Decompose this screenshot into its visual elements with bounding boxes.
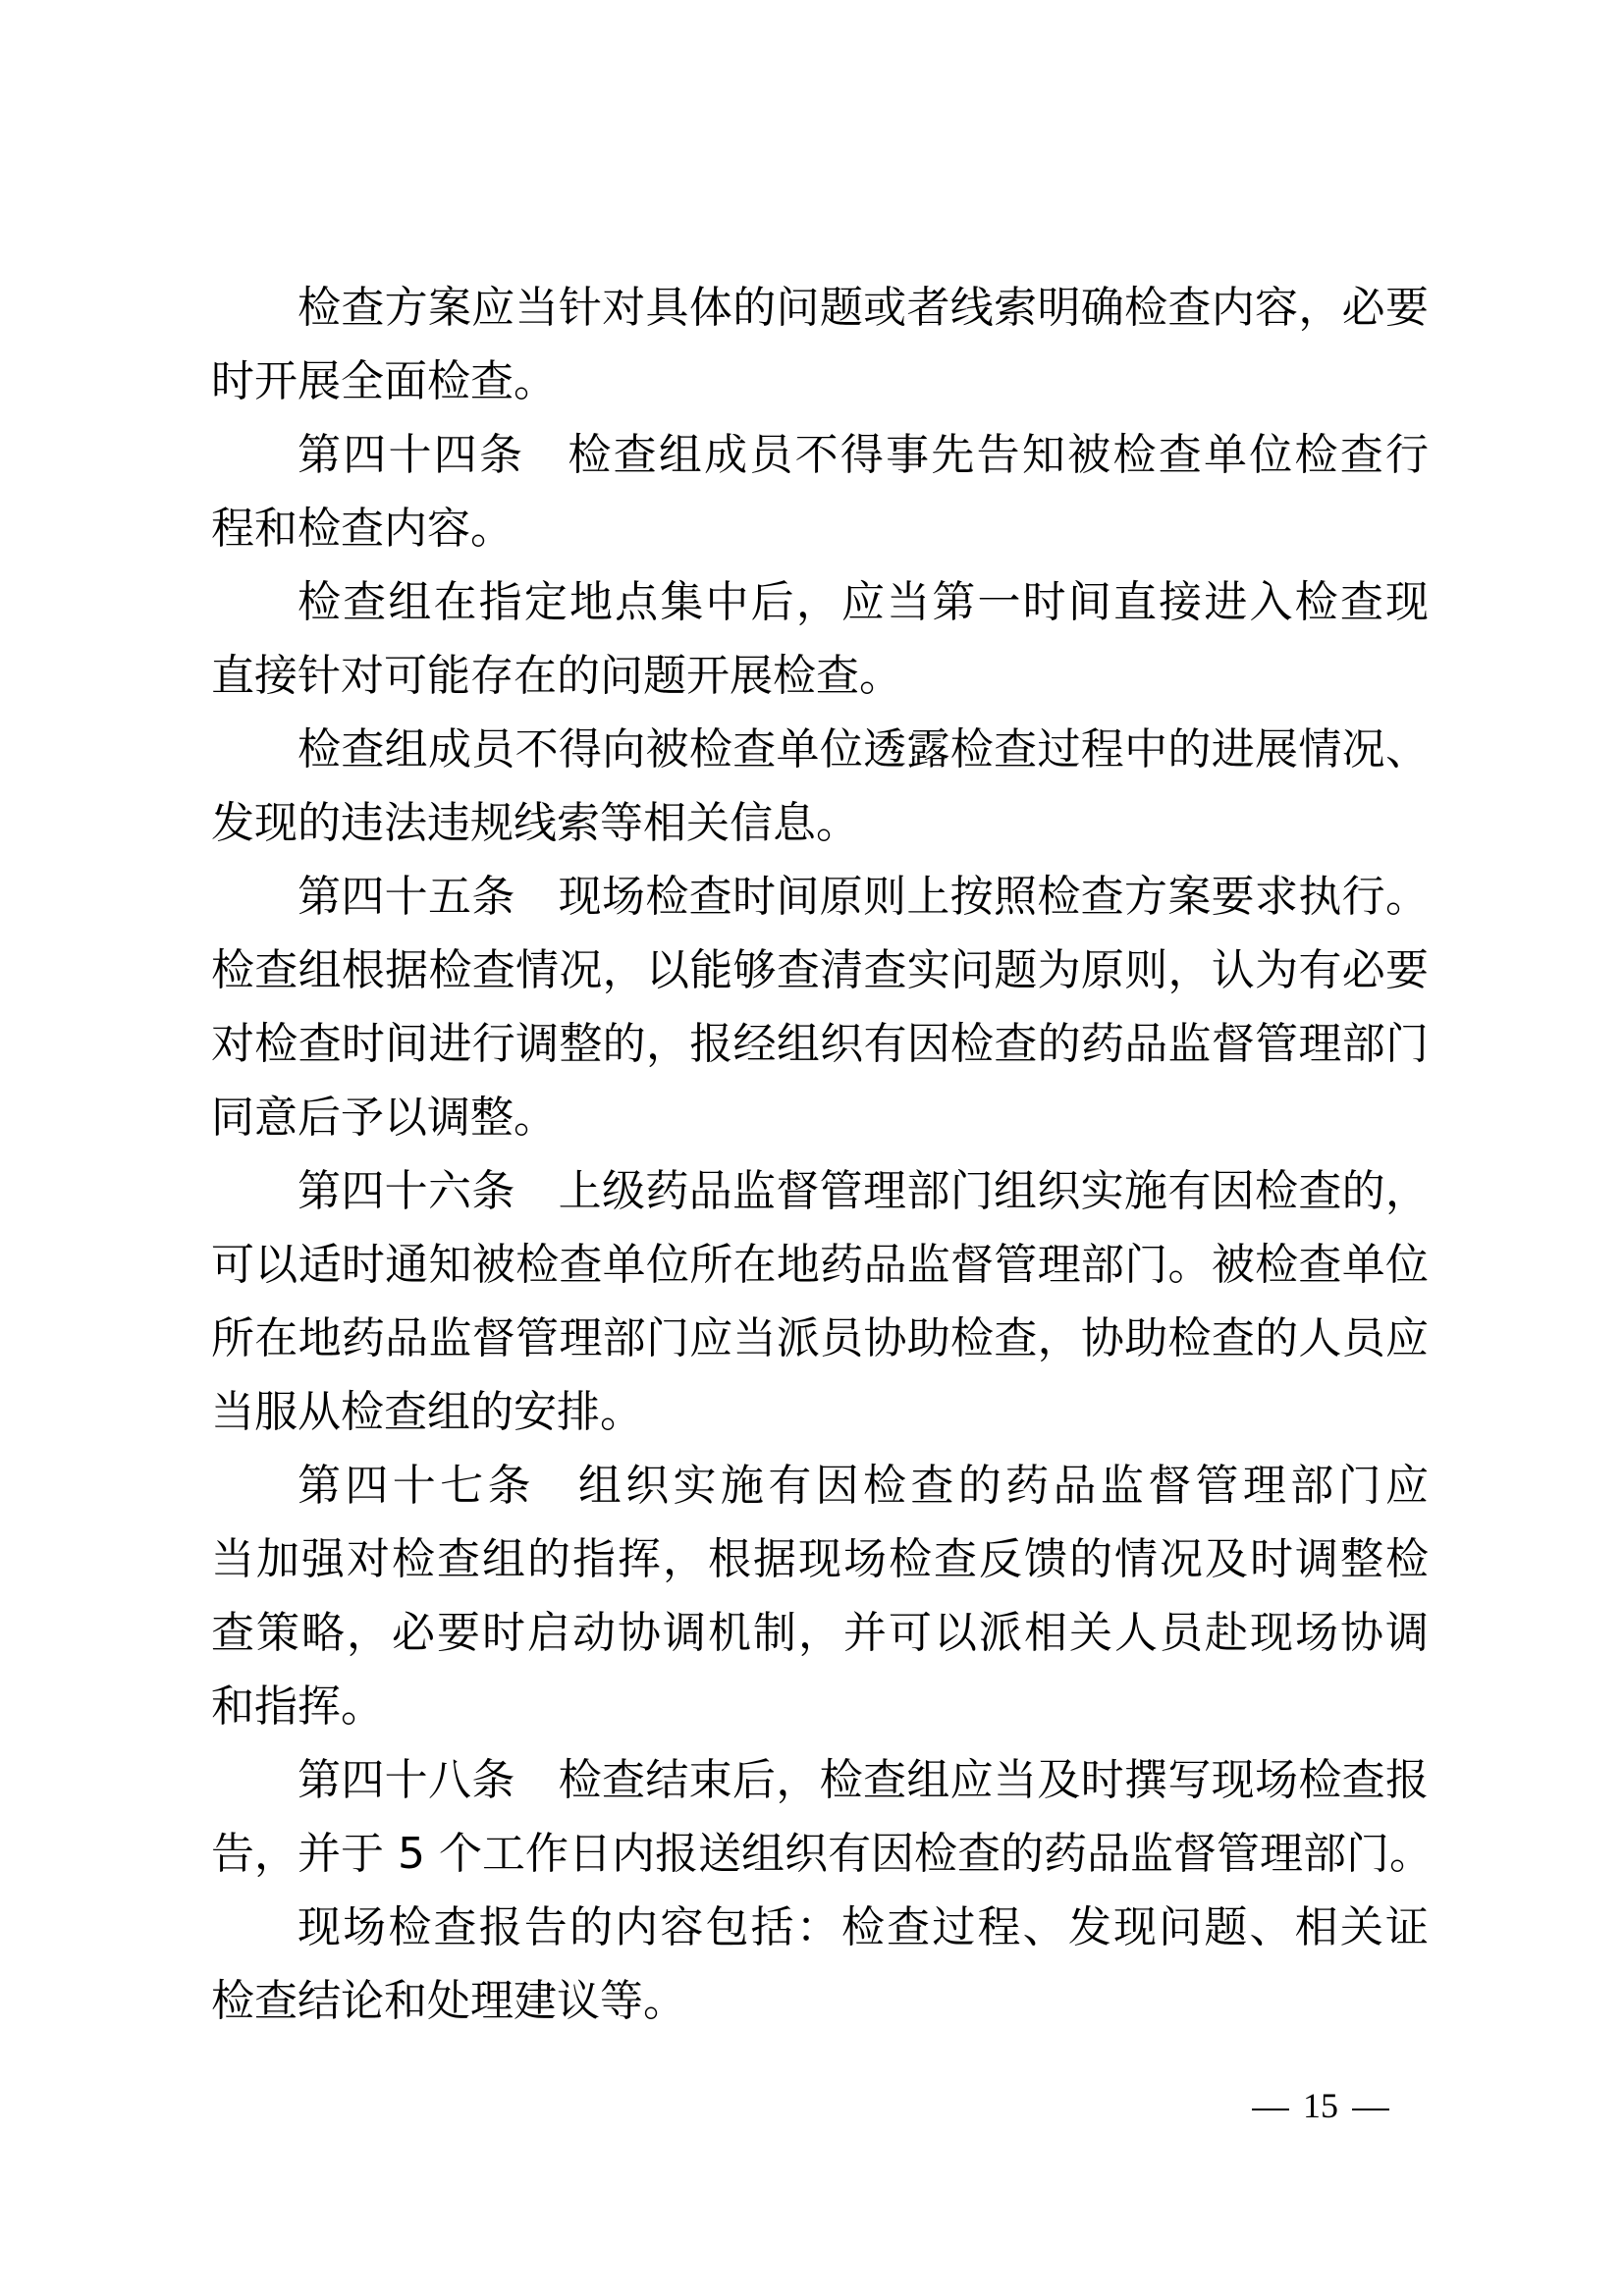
- article-46: 第四十六条上级药品监督管理部门组织实施有因检查的， 可以适时通知被检查单位所在地…: [211, 1154, 1429, 1449]
- text-line: 检查组在指定地点集中后，应当第一时间直接进入检查现场，: [211, 565, 1429, 639]
- line-text: 同意后予以调整。: [211, 1093, 557, 1143]
- paragraph: 现场检查报告的内容包括：检查过程、发现问题、相关证据、 检查结论和处理建议等。: [211, 1891, 1429, 2038]
- line-text: 现场检查时间原则上按照检查方案要求执行。: [559, 872, 1429, 922]
- line-text: 和指挥。: [211, 1682, 384, 1732]
- paragraph: 检查方案应当针对具体的问题或者线索明确检查内容，必要 时开展全面检查。: [211, 271, 1429, 418]
- line-text: 直接针对可能存在的问题开展检查。: [211, 651, 902, 701]
- line-text: 检查方案应当针对具体的问题或者线索明确检查内容，必要: [298, 283, 1429, 333]
- line-text: 发现的违法违规线索等相关信息。: [211, 798, 859, 848]
- line-text: 所在地药品监督管理部门应当派员协助检查，协助检查的人员应: [211, 1313, 1429, 1363]
- article-48: 第四十八条检查结束后，检查组应当及时撰写现场检查报 告，并于 5 个工作日内报送…: [211, 1743, 1429, 1891]
- text-line: 程和检查内容。: [211, 492, 1429, 565]
- text-line: 所在地药品监督管理部门应当派员协助检查，协助检查的人员应: [211, 1302, 1429, 1375]
- text-line: 同意后予以调整。: [211, 1081, 1429, 1154]
- text-line: 检查结论和处理建议等。: [211, 1964, 1429, 2038]
- line-text: 检查组在指定地点集中后，应当第一时间直接进入检查现场，: [298, 577, 1429, 639]
- line-text: 上级药品监督管理部门组织实施有因检查的，: [559, 1166, 1429, 1216]
- text-line: 第四十六条上级药品监督管理部门组织实施有因检查的，: [211, 1154, 1429, 1228]
- text-line: 发现的违法违规线索等相关信息。: [211, 786, 1429, 860]
- dash-right: [1352, 2109, 1389, 2110]
- line-text: 可以适时通知被检查单位所在地药品监督管理部门。被检查单位: [211, 1240, 1429, 1290]
- line-text: 检查组根据检查情况，以能够查清查实问题为原则，认为有必要: [211, 945, 1429, 995]
- text-line: 现场检查报告的内容包括：检查过程、发现问题、相关证据、: [211, 1891, 1429, 1964]
- text-line: 直接针对可能存在的问题开展检查。: [211, 639, 1429, 713]
- text-line: 时开展全面检查。: [211, 345, 1429, 418]
- text-line: 第四十七条组织实施有因检查的药品监督管理部门应: [211, 1449, 1429, 1522]
- paragraph: 检查组成员不得向被检查单位透露检查过程中的进展情况、 发现的违法违规线索等相关信…: [211, 713, 1429, 860]
- line-text: 对检查时间进行调整的，报经组织有因检查的药品监督管理部门: [211, 1019, 1429, 1069]
- text-line: 当加强对检查组的指挥，根据现场检查反馈的情况及时调整检: [211, 1522, 1429, 1596]
- line-text: 告，并于 5 个工作日内报送组织有因检查的药品监督管理部门。: [211, 1829, 1433, 1879]
- dash-left: [1252, 2109, 1289, 2110]
- line-text: 检查结论和处理建议等。: [211, 1976, 686, 2026]
- article-number: 第四十五条: [298, 872, 515, 922]
- document-body: 检查方案应当针对具体的问题或者线索明确检查内容，必要 时开展全面检查。 第四十四…: [211, 271, 1429, 2038]
- text-line: 第四十八条检查结束后，检查组应当及时撰写现场检查报: [211, 1743, 1429, 1817]
- page-number: 15: [1237, 2081, 1404, 2130]
- text-line: 查策略，必要时启动协调机制，并可以派相关人员赴现场协调: [211, 1596, 1429, 1670]
- article-44: 第四十四条检查组成员不得事先告知被检查单位检查行 程和检查内容。: [211, 418, 1429, 565]
- line-text: 当服从检查组的安排。: [211, 1387, 643, 1437]
- line-text: 现场检查报告的内容包括：检查过程、发现问题、相关证据、: [298, 1902, 1429, 1964]
- text-line: 第四十五条现场检查时间原则上按照检查方案要求执行。: [211, 860, 1429, 934]
- line-text: 检查组成员不得向被检查单位透露检查过程中的进展情况、: [298, 724, 1429, 774]
- text-line: 检查方案应当针对具体的问题或者线索明确检查内容，必要: [211, 271, 1429, 345]
- text-line: 可以适时通知被检查单位所在地药品监督管理部门。被检查单位: [211, 1228, 1429, 1302]
- line-text: 当加强对检查组的指挥，根据现场检查反馈的情况及时调整检: [211, 1534, 1429, 1584]
- line-text: 查策略，必要时启动协调机制，并可以派相关人员赴现场协调: [211, 1608, 1429, 1658]
- line-text: 检查结束后，检查组应当及时撰写现场检查报: [559, 1755, 1429, 1805]
- page-number-value: 15: [1303, 2086, 1338, 2125]
- text-line: 对检查时间进行调整的，报经组织有因检查的药品监督管理部门: [211, 1007, 1429, 1081]
- text-line: 告，并于 5 个工作日内报送组织有因检查的药品监督管理部门。: [211, 1817, 1429, 1891]
- text-line: 当服从检查组的安排。: [211, 1375, 1429, 1449]
- text-line: 检查组成员不得向被检查单位透露检查过程中的进展情况、: [211, 713, 1429, 786]
- text-line: 第四十四条检查组成员不得事先告知被检查单位检查行: [211, 418, 1429, 492]
- line-text: 组织实施有因检查的药品监督管理部门应: [578, 1461, 1429, 1511]
- article-47: 第四十七条组织实施有因检查的药品监督管理部门应 当加强对检查组的指挥，根据现场检…: [211, 1449, 1429, 1743]
- article-number: 第四十八条: [298, 1755, 515, 1805]
- article-45: 第四十五条现场检查时间原则上按照检查方案要求执行。 检查组根据检查情况，以能够查…: [211, 860, 1429, 1154]
- line-text: 时开展全面检查。: [211, 356, 557, 406]
- line-text: 程和检查内容。: [211, 504, 514, 554]
- paragraph: 检查组在指定地点集中后，应当第一时间直接进入检查现场， 直接针对可能存在的问题开…: [211, 565, 1429, 713]
- article-number: 第四十七条: [298, 1461, 535, 1511]
- text-line: 检查组根据检查情况，以能够查清查实问题为原则，认为有必要: [211, 934, 1429, 1007]
- article-number: 第四十四条: [298, 430, 524, 480]
- article-number: 第四十六条: [298, 1166, 515, 1216]
- line-text: 检查组成员不得事先告知被检查单位检查行: [568, 430, 1429, 480]
- text-line: 和指挥。: [211, 1670, 1429, 1743]
